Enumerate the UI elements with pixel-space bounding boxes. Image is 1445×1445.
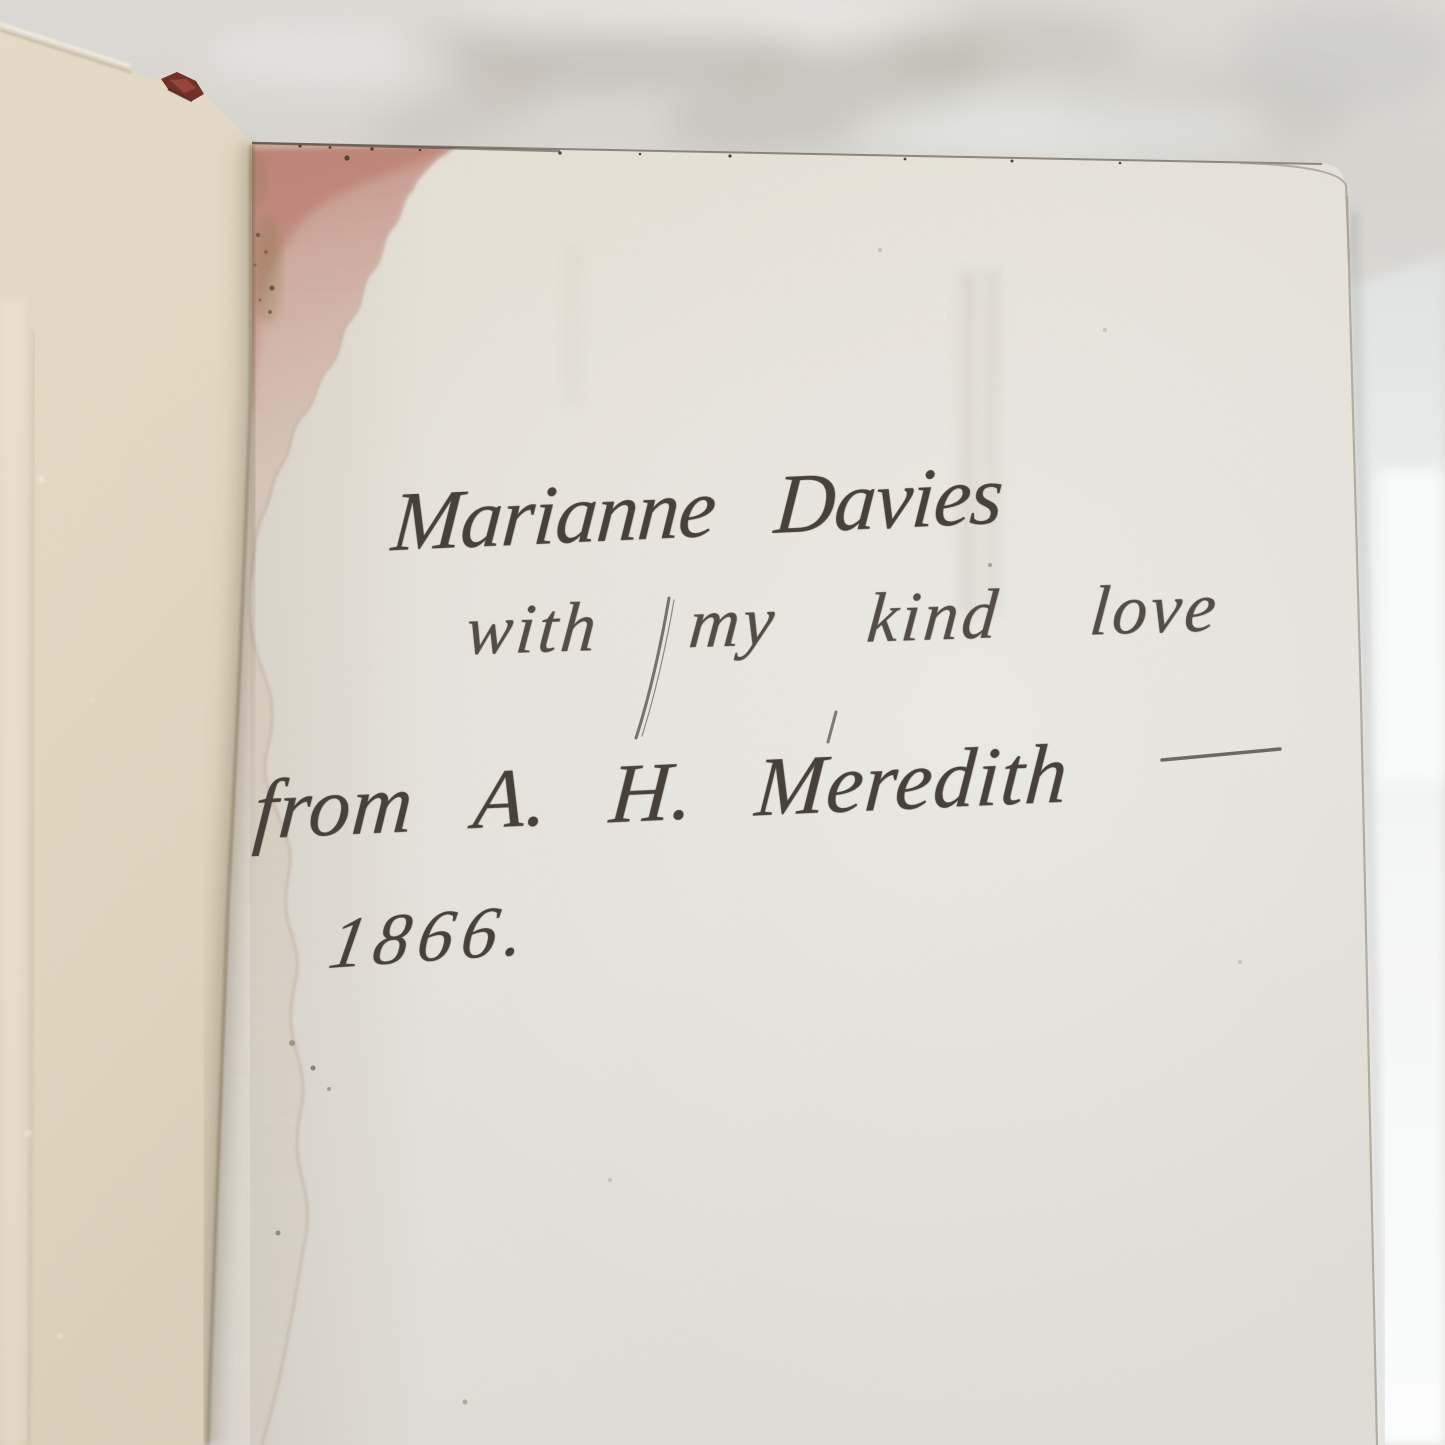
book-photo: Marianne Davies with my kind love from A… xyxy=(0,0,1445,1445)
book-scene xyxy=(0,0,1445,1445)
paper-grain xyxy=(0,0,1445,1445)
inscription-line-4: 1866. xyxy=(323,888,539,986)
